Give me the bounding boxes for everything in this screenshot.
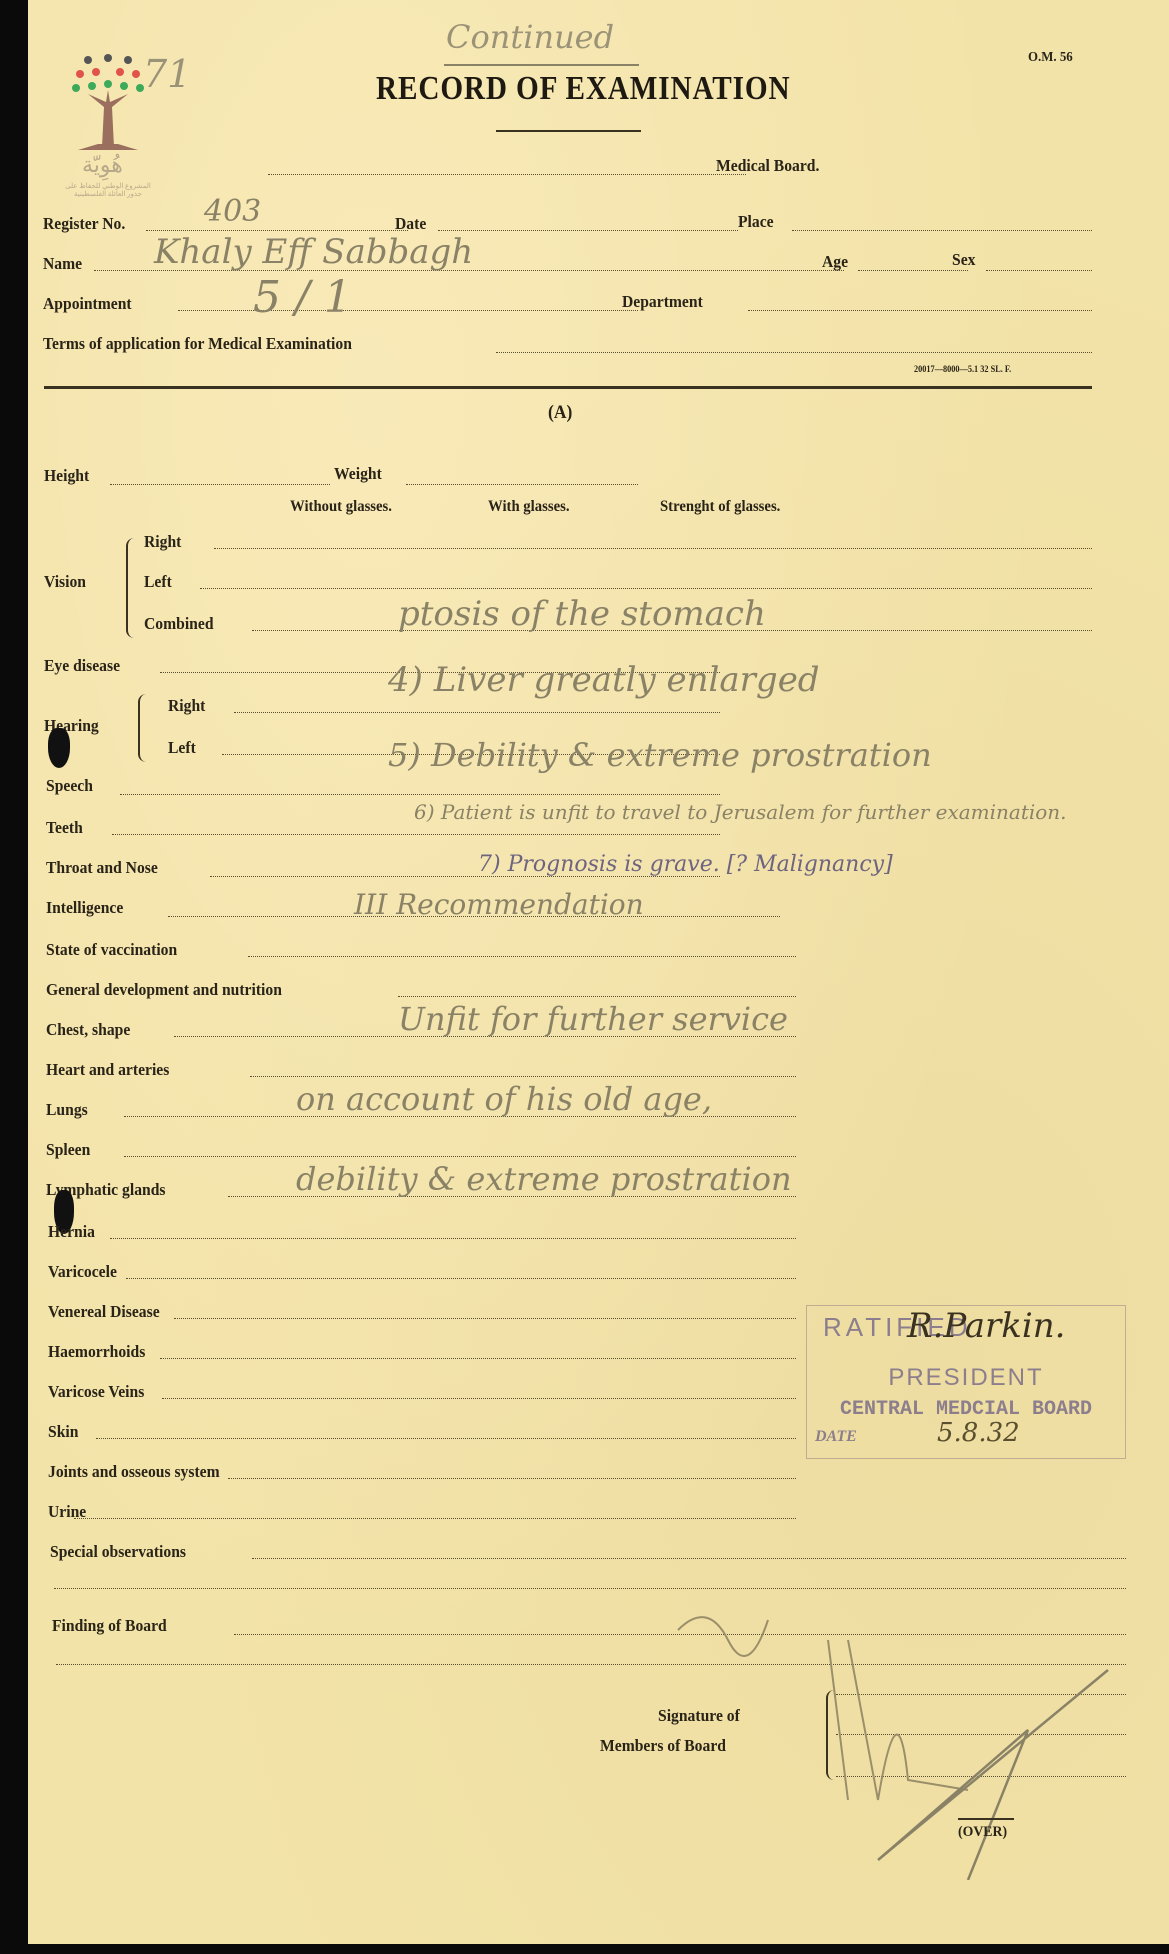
- age-label: Age: [822, 252, 848, 272]
- speech-label: Speech: [46, 776, 93, 796]
- venereal-disease-label: Venereal Disease: [48, 1302, 160, 1322]
- examination-form: هُوِيّة المشروع الوطني للحفاظ على جذور ا…: [28, 0, 1169, 1944]
- note-debility: 5) Debility & extreme prostration: [388, 736, 932, 774]
- continued-annotation: Continued: [446, 18, 614, 56]
- sex-label: Sex: [952, 250, 975, 270]
- joints-label: Joints and osseous system: [48, 1462, 220, 1482]
- note-debility-2: debility & extreme prostration: [296, 1160, 792, 1198]
- note-unfit-service: Unfit for further service: [398, 1000, 788, 1038]
- note-unfit-travel: 6) Patient is unfit to travel to Jerusal…: [414, 800, 1067, 824]
- spleen-label: Spleen: [46, 1140, 90, 1160]
- appointment-value[interactable]: 5 / 1: [253, 272, 352, 323]
- eye-disease-label: Eye disease: [44, 656, 120, 676]
- hearing-right-label: Right: [168, 696, 205, 716]
- ratified-stamp: RATIFIED R.Parkin. PRESIDENT CENTRAL MED…: [806, 1305, 1126, 1459]
- vision-col-strength: Strenght of glasses.: [660, 498, 780, 516]
- section-a-heading: (A): [548, 402, 572, 424]
- special-observations-label: Special observations: [50, 1542, 186, 1562]
- vision-label: Vision: [44, 572, 86, 592]
- height-label: Height: [44, 466, 89, 486]
- logo-arabic-text: هُوِيّة: [82, 152, 123, 178]
- vaccination-label: State of vaccination: [46, 940, 177, 960]
- intelligence-label: Intelligence: [46, 898, 123, 918]
- president-signature: R.Parkin.: [907, 1306, 1065, 1346]
- note-liver: 4) Liver greatly enlarged: [388, 660, 820, 700]
- logo-subtitle: المشروع الوطني للحفاظ على جذور العائلة ا…: [62, 182, 154, 198]
- name-label: Name: [43, 254, 82, 274]
- urine-label: Urine: [48, 1502, 86, 1522]
- date-label: Date: [395, 214, 426, 234]
- board-member-signatures: [648, 1600, 1148, 1880]
- note-prognosis: 7) Prognosis is grave. [? Malignancy]: [478, 852, 893, 877]
- teeth-label: Teeth: [46, 818, 83, 838]
- department-label: Department: [622, 292, 703, 312]
- vision-right-label: Right: [144, 532, 181, 552]
- hearing-left-label: Left: [168, 738, 196, 758]
- vision-col-with: With glasses.: [488, 498, 570, 516]
- tree-people-logo: هُوِيّة المشروع الوطني للحفاظ على جذور ا…: [68, 52, 148, 202]
- lungs-label: Lungs: [46, 1100, 88, 1120]
- general-development-label: General development and nutrition: [46, 980, 282, 1000]
- hernia-label: Hernia: [48, 1222, 95, 1242]
- register-no-value[interactable]: 403: [204, 194, 261, 229]
- note-ptosis: ptosis of the stomach: [398, 594, 766, 634]
- name-value[interactable]: Khaly Eff Sabbagh: [154, 232, 473, 272]
- page-title: RECORD OF EXAMINATION: [376, 70, 790, 108]
- place-label: Place: [738, 212, 774, 232]
- stamp-president: PRESIDENT: [807, 1364, 1125, 1392]
- chest-shape-label: Chest, shape: [46, 1020, 130, 1040]
- haemorrhoids-label: Haemorrhoids: [48, 1342, 145, 1362]
- stamp-date-value: 5.8.32: [937, 1418, 1020, 1448]
- varicocele-label: Varicocele: [48, 1262, 117, 1282]
- skin-label: Skin: [48, 1422, 78, 1442]
- throat-nose-label: Throat and Nose: [46, 858, 158, 878]
- heart-arteries-label: Heart and arteries: [46, 1060, 169, 1080]
- stamp-date-label: DATE: [815, 1428, 857, 1446]
- appointment-label: Appointment: [43, 294, 132, 314]
- finding-of-board-label: Finding of Board: [52, 1616, 167, 1636]
- note-recommendation: III Recommendation: [354, 888, 644, 921]
- vision-combined-label: Combined: [144, 614, 214, 634]
- reference-mark: 71: [143, 52, 191, 96]
- vision-col-without: Without glasses.: [290, 498, 392, 516]
- register-no-label: Register No.: [43, 214, 125, 234]
- vision-left-label: Left: [144, 572, 172, 592]
- form-code: O.M. 56: [1028, 50, 1073, 66]
- over-label: (OVER): [958, 1824, 1007, 1841]
- punch-hole: [48, 728, 70, 768]
- note-old-age: on account of his old age,: [296, 1080, 712, 1118]
- print-reference: 20017—8000—5.1 32 SL. F.: [914, 364, 1011, 374]
- weight-label: Weight: [334, 464, 382, 484]
- terms-label: Terms of application for Medical Examina…: [43, 334, 352, 354]
- varicose-veins-label: Varicose Veins: [48, 1382, 144, 1402]
- medical-board-label: Medical Board.: [716, 156, 819, 176]
